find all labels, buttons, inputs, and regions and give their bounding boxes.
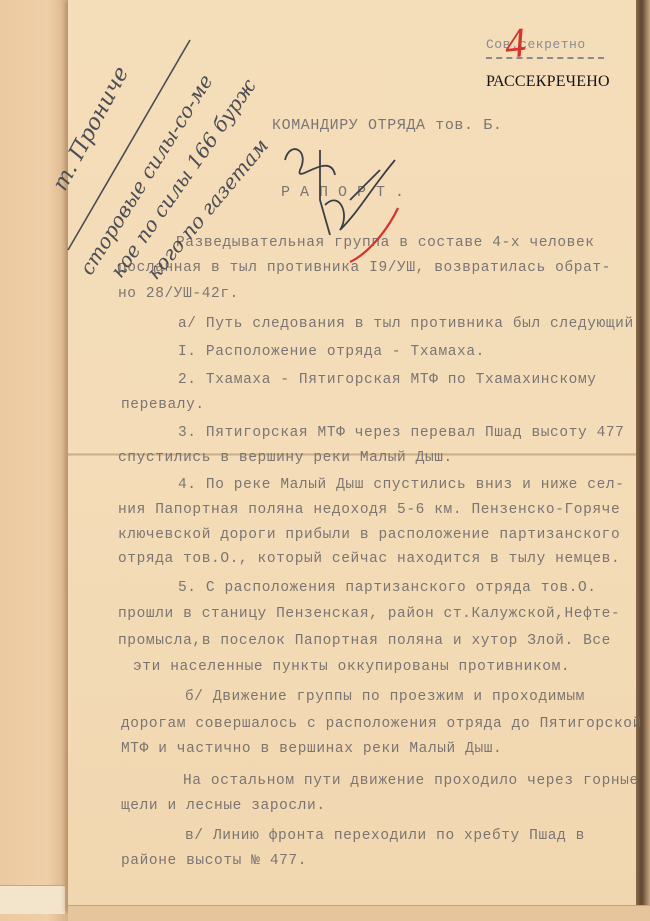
body-line: На остальном пути движение проходило чер… bbox=[183, 773, 639, 789]
body-line: 4. По реке Малый Дыш спустились вниз и н… bbox=[178, 477, 624, 493]
folder-backing bbox=[0, 0, 68, 921]
body-line: МТФ и частично в вершинах реки Малый Дыш… bbox=[121, 741, 502, 757]
body-line: б/ Движение группы по проезжим и проходи… bbox=[185, 689, 585, 705]
body-line: районе высоты № 477. bbox=[121, 853, 307, 869]
body-line: 2. Тхамаха - Пятигорская МТФ по Тхамахин… bbox=[178, 372, 597, 388]
body-line: 5. С расположения партизанского отряда т… bbox=[178, 580, 597, 596]
body-line: перевалу. bbox=[121, 397, 205, 413]
sheet-bottom-edge bbox=[68, 905, 650, 921]
body-line: дорогам совершалось с расположения отряд… bbox=[121, 716, 642, 732]
body-line: эти населенные пункты оккупированы проти… bbox=[133, 659, 570, 675]
body-line: I. Расположение отряда - Тхамаха. bbox=[178, 344, 485, 360]
body-line: 3. Пятигорская МТФ через перевал Пшад вы… bbox=[178, 425, 624, 441]
body-line: отряда тов.О., который сейчас находится … bbox=[118, 551, 620, 567]
folder-paper-strip bbox=[0, 885, 65, 914]
body-line: щели и лесные заросли. bbox=[121, 798, 326, 814]
classification-underline bbox=[486, 57, 604, 59]
body-line: посланная в тыл противника I9/УШ, возвра… bbox=[118, 260, 611, 276]
body-line: ключевской дороги прибыли в расположение… bbox=[118, 527, 620, 543]
body-line: прошли в станицу Пензенская, район ст.Ка… bbox=[118, 606, 620, 622]
body-line: а/ Путь следования в тыл противника был … bbox=[178, 316, 634, 332]
body-line: ния Папортная поляна недоходя 5-6 км. Пе… bbox=[118, 502, 620, 518]
declassified-stamp: РАССЕКРЕЧЕНО bbox=[486, 73, 610, 91]
body-line: спустились в вершину реки Малый Дыш. bbox=[118, 450, 453, 466]
classification-label: Сов.секретно bbox=[486, 37, 586, 52]
body-line: но 28/УШ-42г. bbox=[118, 286, 239, 302]
document-title: РАПОРТ. bbox=[281, 184, 414, 201]
body-line: Разведывательная группа в составе 4-х че… bbox=[176, 235, 595, 251]
body-line: в/ Линию фронта переходили по хребту Пша… bbox=[185, 828, 585, 844]
addressee: КОМАНДИРУ ОТРЯДА тов. Б. bbox=[272, 117, 502, 134]
body-line: промысла,в поселок Папортная поляна и ху… bbox=[118, 633, 611, 649]
